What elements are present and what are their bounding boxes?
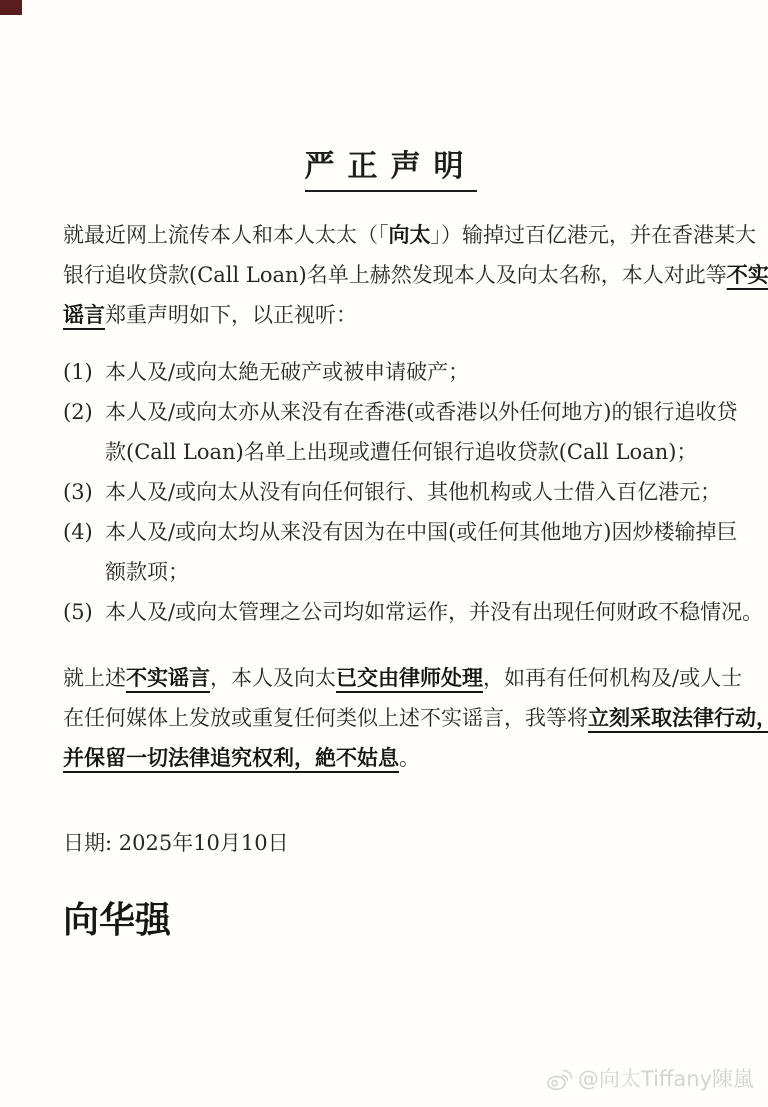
closing-line-3: 并保留一切法律追究权利，絶不姑息。 — [63, 738, 723, 778]
list-item: (3) 本人及/或向太从没有向任何银行、其他机构或人士借入百亿港元； — [63, 472, 723, 512]
item-text: 本人及/或向太亦从来没有在香港(或香港以外任何地方)的银行追收贷 款(Call … — [105, 392, 723, 472]
item-number: (3) — [63, 472, 105, 512]
corner-mark — [0, 0, 22, 15]
item-line: 本人及/或向太亦从来没有在香港(或香港以外任何地方)的银行追收贷 — [105, 392, 723, 432]
item-number: (4) — [63, 512, 105, 592]
closing-text: ，本人及向太 — [210, 666, 336, 690]
list-item: (2) 本人及/或向太亦从来没有在香港(或香港以外任何地方)的银行追收贷 款(C… — [63, 392, 723, 472]
intro-bold-xiangtai: 向太 — [389, 222, 431, 247]
intro-paragraph: 就最近网上流传本人和本人太太（「向太」）输掉过百亿港元，并在香港某大 银行追收贷… — [63, 215, 723, 335]
closing-text: 。 — [399, 746, 420, 770]
item-line: 本人及/或向太均从来没有因为在中国(或任何其他地方)因炒楼输掉巨 — [105, 512, 723, 552]
intro-line-2: 银行追收贷款(Call Loan)名单上赫然发现本人及向太名称，本人对此等不实 — [63, 255, 723, 295]
item-text: 本人及/或向太絶无破产或被申请破产； — [105, 352, 723, 392]
intro-text: 银行追收贷款(Call Loan)名单上赫然发现本人及向太名称，本人对此等 — [63, 263, 727, 287]
closing-text: ，如再有任何机构及/或人士 — [483, 666, 742, 690]
item-line: 本人及/或向太从没有向任何银行、其他机构或人士借入百亿港元； — [105, 472, 723, 512]
list-item: (4) 本人及/或向太均从来没有因为在中国(或任何其他地方)因炒楼输掉巨 额款项… — [63, 512, 723, 592]
list-item: (5) 本人及/或向太管理之公司均如常运作，并没有出现任何财政不稳情况。 — [63, 592, 723, 632]
page-title: 严正声明 — [305, 148, 477, 192]
list-item: (1) 本人及/或向太絶无破产或被申请破产； — [63, 352, 723, 392]
intro-text: 郑重声明如下，以正视听： — [105, 303, 357, 327]
closing-bold-underline-reserve-rights: 并保留一切法律追究权利，絶不姑息 — [63, 745, 399, 770]
intro-line-3: 谣言郑重声明如下，以正视听： — [63, 295, 723, 335]
item-line: 本人及/或向太管理之公司均如常运作，并没有出现任何财政不稳情况。 — [105, 592, 723, 632]
closing-paragraph: 就上述不实谣言，本人及向太已交由律师处理，如再有任何机构及/或人士 在任何媒体上… — [63, 658, 723, 778]
numbered-list: (1) 本人及/或向太絶无破产或被申请破产； (2) 本人及/或向太亦从来没有在… — [63, 352, 723, 632]
statement-document-page: 严正声明 就最近网上流传本人和本人太太（「向太」）输掉过百亿港元，并在香港某大 … — [0, 0, 768, 1107]
weibo-watermark: @向太Tiffany陳嵐 — [546, 1066, 754, 1092]
intro-text: 就最近网上流传本人和本人太太（「 — [63, 223, 389, 247]
intro-line-1: 就最近网上流传本人和本人太太（「向太」）输掉过百亿港元，并在香港某大 — [63, 215, 723, 255]
watermark-handle: @向太Tiffany陳嵐 — [578, 1066, 754, 1092]
closing-line-1: 就上述不实谣言，本人及向太已交由律师处理，如再有任何机构及/或人士 — [63, 658, 723, 698]
item-line: 本人及/或向太絶无破产或被申请破产； — [105, 352, 723, 392]
item-number: (5) — [63, 592, 105, 632]
intro-text: 」）输掉过百亿港元，并在香港某大 — [431, 223, 757, 247]
date-text: 日期: 2025年10月10日 — [63, 823, 723, 863]
signature-name: 向华强 — [63, 893, 171, 947]
item-line: 款(Call Loan)名单上出现或遭任何银行追收贷款(Call Loan)； — [105, 432, 723, 472]
item-line: 额款项； — [105, 552, 723, 592]
closing-text: 在任何媒体上发放或重复任何类似上述不实谣言，我等将 — [63, 706, 588, 730]
item-text: 本人及/或向太均从来没有因为在中国(或任何其他地方)因炒楼输掉巨 额款项； — [105, 512, 723, 592]
intro-bold-underline-yaoyan: 谣言 — [63, 302, 105, 327]
closing-line-2: 在任何媒体上发放或重复任何类似上述不实谣言，我等将立刻采取法律行动， — [63, 698, 723, 738]
closing-text: 就上述 — [63, 666, 126, 690]
closing-bold-underline-rumor: 不实谣言 — [126, 665, 210, 690]
date-line: 日期: 2025年10月10日 — [63, 823, 723, 863]
closing-bold-underline-legal-action: 立刻采取法律行动， — [588, 705, 768, 730]
intro-bold-underline-bushi: 不实 — [727, 262, 768, 287]
weibo-icon — [546, 1066, 573, 1092]
item-number: (1) — [63, 352, 105, 392]
closing-bold-underline-lawyer: 已交由律师处理 — [336, 665, 483, 690]
title-wrap: 严正声明 — [0, 148, 768, 192]
item-number: (2) — [63, 392, 105, 472]
item-text: 本人及/或向太管理之公司均如常运作，并没有出现任何财政不稳情况。 — [105, 592, 723, 632]
item-text: 本人及/或向太从没有向任何银行、其他机构或人士借入百亿港元； — [105, 472, 723, 512]
